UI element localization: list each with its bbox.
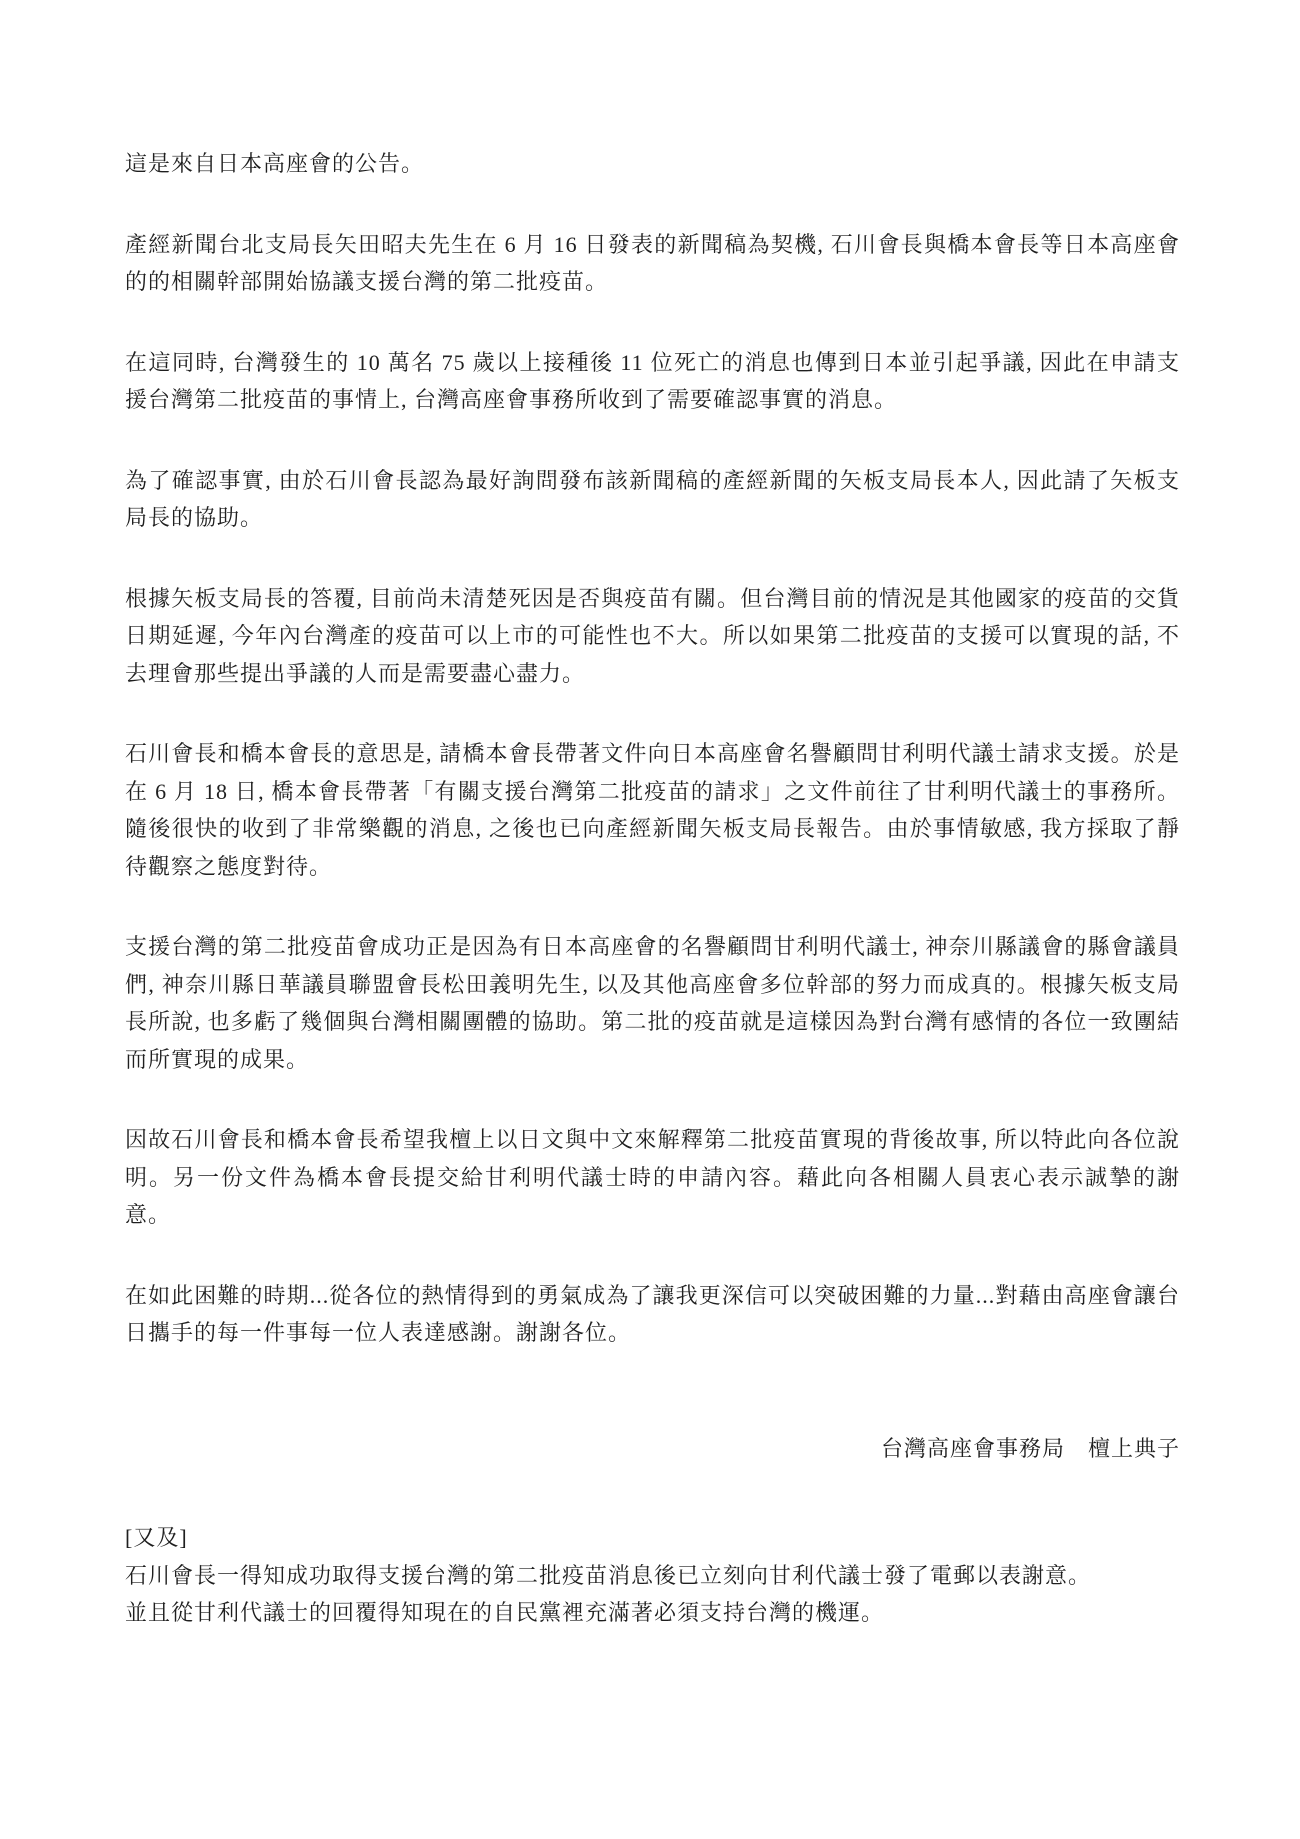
paragraph: 根據矢板支局長的答覆, 目前尚未清楚死因是否與疫苗有關。但台灣目前的情況是其他國… xyxy=(125,580,1180,693)
postscript-line: 並且從甘利代議士的回覆得知現在的自民黨裡充滿著必須支持台灣的機運。 xyxy=(125,1594,1180,1632)
paragraph: 在這同時, 台灣發生的 10 萬名 75 歲以上接種後 11 位死亡的消息也傳到… xyxy=(125,344,1180,419)
paragraph: 產經新聞台北支局長矢田昭夫先生在 6 月 16 日發表的新聞稿為契機, 石川會長… xyxy=(125,226,1180,301)
paragraph: 石川會長和橋本會長的意思是, 請橋本會長帶著文件向日本高座會名譽顧問甘利明代議士… xyxy=(125,735,1180,885)
paragraph: 支援台灣的第二批疫苗會成功正是因為有日本高座會的名譽顧問甘利明代議士, 神奈川縣… xyxy=(125,928,1180,1078)
document-page: 這是來自日本高座會的公告。 產經新聞台北支局長矢田昭夫先生在 6 月 16 日發… xyxy=(0,0,1300,1839)
paragraph: 因故石川會長和橋本會長希望我檀上以日文與中文來解釋第二批疫苗實現的背後故事, 所… xyxy=(125,1121,1180,1234)
paragraph-intro: 這是來自日本高座會的公告。 xyxy=(125,145,1180,183)
postscript: [又及] 石川會長一得知成功取得支援台灣的第二批疫苗消息後已立刻向甘利代議士發了… xyxy=(125,1519,1180,1632)
paragraph-closing: 在如此困難的時期...從各位的熱情得到的勇氣成為了讓我更深信可以突破困難的力量.… xyxy=(125,1277,1180,1352)
postscript-marker: [又及] xyxy=(125,1519,1180,1557)
paragraph: 為了確認事實, 由於石川會長認為最好詢問發布該新聞稿的產經新聞的矢板支局長本人,… xyxy=(125,462,1180,537)
postscript-line: 石川會長一得知成功取得支援台灣的第二批疫苗消息後已立刻向甘利代議士發了電郵以表謝… xyxy=(125,1557,1180,1595)
signature: 台灣高座會事務局 檀上典子 xyxy=(125,1430,1180,1468)
